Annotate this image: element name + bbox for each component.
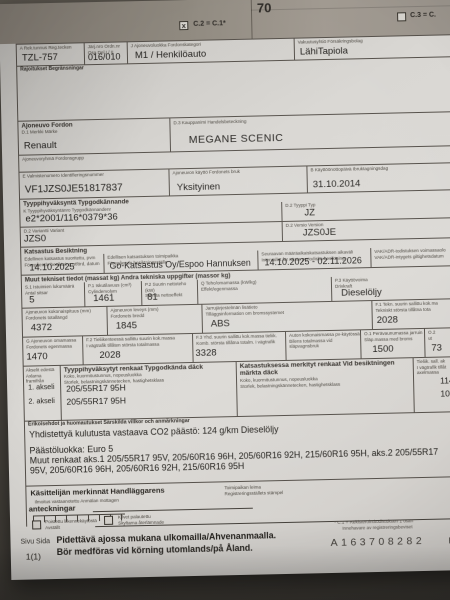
photo-background: 70 x C.2 = C.1* C.3 = C. A Rek.tunnus Re… xyxy=(0,0,450,600)
field-f2-mass-value: 2028 xyxy=(99,350,120,361)
field-type: D.2 Tyyppi Typ JZ xyxy=(281,198,450,221)
stamp-label: Toimipaikan leima Registreringsställets … xyxy=(224,484,283,497)
field-approval-number-value: e2*2001/116*0379*36 xyxy=(25,212,117,225)
field-f3-mass-label: F.3 Yhd. suurin sallittu kok.massa tieli… xyxy=(196,333,285,346)
registration-document: 70 x C.2 = C.1* C.3 = C. A Rek.tunnus Re… xyxy=(0,0,450,580)
field-trailer-braked-value: 1500 xyxy=(372,344,393,355)
handler-title-sv: anteckningar xyxy=(29,504,76,514)
page-label: Sivu Sida xyxy=(20,538,50,546)
tyres-axle-mass-label: Tieliik. sall. ak I vägtrafik tillåt axe… xyxy=(417,358,450,376)
field-version: D.2 Versio Version JZS0JE xyxy=(282,218,450,241)
field-seats-value: 5 xyxy=(29,294,35,305)
field-brake-info: Jarrujärjestelmän lisätieto Tilläggsinfo… xyxy=(201,301,372,333)
field-displacement-value: 1461 xyxy=(93,293,114,304)
field-f1-mass: F.1 Tekn. suurin sallittu kok.ma Teknisk… xyxy=(371,299,450,329)
field-f3-mass-value: 3328 xyxy=(195,347,216,358)
c1-note-line2: Innehavare av registreringsbeviset xyxy=(342,524,412,531)
field-inspection-place-value: Go-Katsastus Oy/Espoo Hannuksen xyxy=(109,258,251,271)
field-fuel: P.3 Käyttövoima Drivkraft Dieselöljy xyxy=(331,274,450,301)
field-curb-mass: G Ajoneuvon omamassa Fordonets egenmassa… xyxy=(23,336,83,365)
field-ordinal: Järj.nro Ordn.nr Osa Del I / II 016/010 xyxy=(84,42,127,64)
tyres-inspected-spec-label: Koko, kuormitustunnus, nopeusluokka Stor… xyxy=(240,374,413,389)
field-use-label: Ajoneuvon käyttö Fordonets bruk xyxy=(172,167,306,176)
decommissioned-checkbox xyxy=(32,520,41,529)
field-first-registration-value: 31.10.2014 xyxy=(313,178,361,190)
field-f1-mass-value: 2028 xyxy=(377,314,398,325)
field-use: Ajoneuvon käyttö Fordonets bruk Yksityin… xyxy=(168,166,307,195)
tyres-approved-axle2-value: 205/55R17 95H xyxy=(66,395,126,406)
field-make-value: Renault xyxy=(24,140,57,152)
handler-signature-line xyxy=(93,508,253,512)
field-reg-number-label: A Rek.tunnus Reg.tecken xyxy=(20,44,84,51)
field-vehicle-class-label: J Ajoneuvoluokka Fordonskategori xyxy=(131,40,294,49)
sheet-number: 70 xyxy=(257,0,272,15)
field-trade-name: D.3 Kauppanimi Handelsbeteckning MEGANE … xyxy=(169,112,450,151)
field-make: Ajoneuvo Fordon D.1 Merkki Märke Renault xyxy=(18,118,170,154)
field-inspection-place: Edellisen katsastuksen toimipaikka Föreg… xyxy=(103,251,257,273)
field-power-value: 81 xyxy=(147,292,158,303)
field-first-registration: B Käyttöönottopäivä Ibruktagningsdag 31.… xyxy=(306,163,450,192)
field-length: Ajoneuvon kokonaispituus (mm) Fordonets … xyxy=(22,307,107,337)
field-type-value: JZ xyxy=(304,207,315,218)
c2-checkbox: x xyxy=(179,21,188,30)
field-width: Ajoneuvon leveys (mm) Fordonets bredd 18… xyxy=(106,305,202,335)
page-value: 1(1) xyxy=(26,551,41,561)
tyres-inspected-column: Katsastuksessa merkityt renkaat Vid besi… xyxy=(236,358,414,416)
row-special-conditions: Erikoisehdot ja huomautukset Särskilda v… xyxy=(25,412,450,487)
tyres-axle-mass-column: Tieliik. sall. ak I vägtrafik tillåt axe… xyxy=(413,357,450,412)
field-vehicle-class: J Ajoneuvoluokka Fordonskategori M1 / He… xyxy=(127,39,294,64)
plates-returned-label: Kilvet palautettu Skyltarna återlämnade xyxy=(118,514,164,527)
field-insurer: Vakuutusyhtiö Försäkringsbolag LähiTapio… xyxy=(294,35,450,60)
sheet-edge-line xyxy=(251,5,450,11)
tyres-approved-axle1-value: 205/55R17 95H xyxy=(66,382,126,393)
header-divider-line xyxy=(251,0,253,39)
field-prev-inspection-value: 14.10.2025 xyxy=(29,262,74,273)
field-trailer-unbraked: O.2 ut 73 xyxy=(424,328,450,357)
plates-returned-checkbox xyxy=(104,516,113,525)
field-displacement: P.1 Iskutilavuus (cm³) Cylindervolym 146… xyxy=(84,281,142,306)
handler-title-fi: Käsittelijän merkinnät Handläggarens xyxy=(30,486,164,498)
field-vin-value: VF1JZS0JE51817837 xyxy=(25,182,123,195)
field-variant-value: JZS0 xyxy=(24,233,46,244)
c3-checkbox xyxy=(397,12,406,21)
registration-form: A Rek.tunnus Reg.tecken TZL-757 Järj.nro… xyxy=(16,34,450,527)
field-trade-name-value: MEGANE SCENIC xyxy=(189,132,284,146)
tyres-axle-mass-1: 1148 xyxy=(440,375,450,385)
field-reg-number-value: TZL-757 xyxy=(22,52,58,64)
c3-checkbox-label: C.3 = C. xyxy=(410,12,436,20)
field-version-value: JZS0JE xyxy=(303,227,336,239)
field-curb-mass-label: G Ajoneuvon omamassa Fordonets egenmassa xyxy=(26,337,82,350)
field-width-value: 1845 xyxy=(116,320,137,331)
row-restrictions: Rajoitukset Begränsningar xyxy=(17,57,450,122)
field-use-value: Yksityinen xyxy=(177,181,221,193)
field-power-mass-ratio-label: Q Teho/omamassa (kW/kg) Effekt/egenmassa xyxy=(201,278,331,292)
field-next-inspection-value: 14.10.2025 - 02.11.2026 xyxy=(264,255,362,267)
field-reg-number: A Rek.tunnus Reg.tecken TZL-757 xyxy=(17,43,84,65)
field-first-registration-label: B Käyttöönottopäivä Ibruktagningsdag xyxy=(310,164,450,173)
field-trailer-braked-label: O.1 Perävaunumassa jarruin Släp.massa me… xyxy=(364,330,424,343)
field-length-value: 4372 xyxy=(31,322,52,333)
field-prev-inspection: Edellinen katsastus suoritettu, pvm Före… xyxy=(21,254,103,275)
field-power: P.2 Suurin nettoteho (kW) Största nettoe… xyxy=(141,280,198,305)
field-f2-mass-label: F.2 Tieliikenteessä sallittu suurin kok.… xyxy=(86,335,192,349)
field-curb-mass-value: 1470 xyxy=(26,351,47,362)
special-conditions: Erikoisehdot ja huomautukset Särskilda v… xyxy=(25,412,450,486)
row-tyres: Akselit edestä Axlarna framifrån 1. akse… xyxy=(24,357,450,422)
tyres-axle-2: 2. akseli xyxy=(28,396,55,406)
tyres-axle-1: 1. akseli xyxy=(28,382,55,392)
field-towing-total-mass: Auton kokonaismassa pv-käytössä Bilens t… xyxy=(285,330,361,360)
field-width-label: Ajoneuvon leveys (mm) Fordonets bredd xyxy=(110,306,201,319)
field-trailer-unbraked-value: 73 xyxy=(431,343,442,354)
field-vak-adr: VAK/ADR-todistuksen voimassaolo VAK/ADR-… xyxy=(370,246,450,267)
field-vak-adr-label: VAK/ADR-todistuksen voimassaolo VAK/ADR-… xyxy=(374,247,450,261)
field-brake-info-value: ABS xyxy=(211,318,230,329)
tyres-axle-column: Akselit edestä Axlarna framifrån 1. akse… xyxy=(24,366,61,421)
field-trailer-braked: O.1 Perävaunumassa jarruin Släp.massa me… xyxy=(360,329,425,358)
tyres-approved-column: Tyyppihyväksytyt renkaat Typgodkända däc… xyxy=(60,362,237,420)
field-vehicle-class-value: M1 / Henkilöauto xyxy=(135,49,207,62)
field-vin: E Valmistenumero Identifieringsnummer VF… xyxy=(19,169,169,198)
field-f1-mass-label: F.1 Tekn. suurin sallittu kok.ma Teknisk… xyxy=(375,300,450,314)
field-trailer-unbraked-label: O.2 ut xyxy=(428,329,450,341)
field-insurer-label: Vakuutusyhtiö Försäkringsbolag xyxy=(298,36,450,45)
field-brake-info-label: Jarrujärjestelmän lisätieto Tilläggsinfo… xyxy=(205,302,371,317)
c2-checkbox-label: C.2 = C.1* xyxy=(193,20,226,28)
field-towing-total-mass-label: Auton kokonaismassa pv-käytössä Bilens t… xyxy=(289,331,360,350)
field-f2-mass: F.2 Tieliikenteessä sallittu suurin kok.… xyxy=(82,334,193,364)
field-f3-mass: F.3 Yhd. suurin sallittu kok.massa tieli… xyxy=(192,332,286,362)
field-seats: S.1 Istuimien lukumäärä Antal sitsar 5 xyxy=(22,282,85,307)
field-power-mass-ratio: Q Teho/omamassa (kW/kg) Effekt/egenmassa xyxy=(197,277,331,304)
field-restrictions: Rajoitukset Begränsningar xyxy=(17,57,450,121)
carry-notice-sv: Bör medföras vid körning utomlands/på Ål… xyxy=(57,543,253,557)
field-next-inspection: Seuraavan määräaikaiskatsastuksen aikavä… xyxy=(257,248,370,269)
field-ordinal-value: 016/010 xyxy=(88,51,121,62)
decommissioned-label: Poistettu liikennekäytöstä Avställt xyxy=(45,518,97,531)
field-insurer-value: LähiTapiola xyxy=(300,46,348,58)
field-length-label: Ajoneuvon kokonaispituus (mm) Fordonets … xyxy=(25,308,106,321)
tyres-axle-mass-2: 1030 xyxy=(440,388,450,398)
field-fuel-value: Dieselöljy xyxy=(341,287,382,299)
document-number: A163708282 xyxy=(330,535,425,549)
field-vin-label: E Valmistenumero Identifieringsnummer xyxy=(22,170,168,179)
